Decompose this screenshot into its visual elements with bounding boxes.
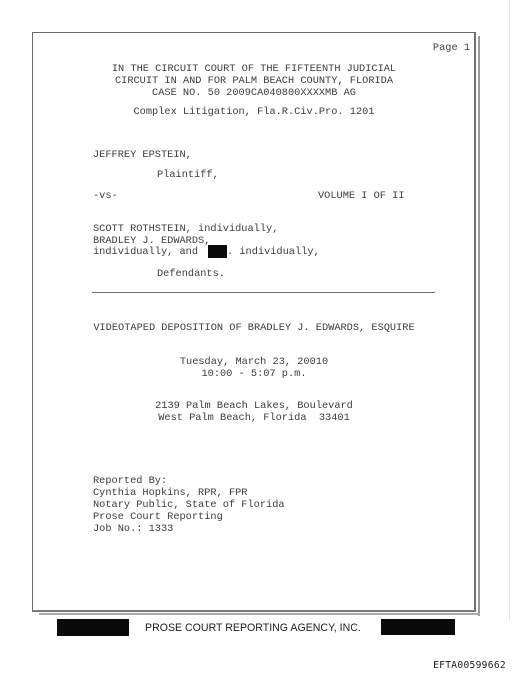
reporter-agency: Prose Court Reporting	[93, 511, 223, 523]
defendant-line-3-prefix: individually, and	[93, 246, 204, 258]
scan-page-edge	[509, 0, 510, 620]
footer-agency-name: PROSE COURT REPORTING AGENCY, INC.	[145, 621, 361, 635]
reported-by-heading: Reported By:	[93, 475, 167, 487]
frame-shadow-bottom	[39, 613, 480, 615]
defendant-line-1: SCOTT ROTHSTEIN, individually,	[93, 223, 278, 235]
caption-divider-rule	[92, 292, 435, 293]
redaction-box-footer-right	[381, 619, 455, 635]
court-heading-line-1: IN THE CIRCUIT COURT OF THE FIFTEENTH JU…	[32, 63, 476, 75]
versus-label: -vs-	[93, 190, 118, 202]
reporter-title: Notary Public, State of Florida	[93, 499, 285, 511]
reporter-name: Cynthia Hopkins, RPR, FPR	[93, 487, 247, 499]
bates-number: EFTA00599662	[433, 660, 506, 672]
court-heading-line-2: CIRCUIT IN AND FOR PALM BEACH COUNTY, FL…	[32, 75, 476, 87]
defendant-label: Defendants.	[157, 268, 225, 280]
volume-label: VOLUME I OF II	[318, 190, 405, 202]
redaction-box-defendant	[208, 245, 227, 258]
address-line-1: 2139 Palm Beach Lakes, Boulevard	[32, 400, 476, 412]
plaintiff-label: Plaintiff,	[157, 169, 219, 181]
job-number: Job No.: 1333	[93, 523, 173, 535]
frame-shadow-right	[478, 36, 480, 616]
deposition-time: 10:00 - 5:07 p.m.	[32, 368, 476, 380]
deposition-title: VIDEOTAPED DEPOSITION OF BRADLEY J. EDWA…	[32, 322, 476, 334]
defendant-line-3-suffix: . individually,	[227, 246, 320, 258]
deposition-date: Tuesday, March 23, 20010	[32, 356, 476, 368]
page-number: Page 1	[433, 42, 470, 54]
litigation-type: Complex Litigation, Fla.R.Civ.Pro. 1201	[32, 106, 476, 118]
case-number: CASE NO. 50 2009CA040800XXXXMB AG	[32, 87, 476, 99]
redaction-box-footer-left	[57, 619, 129, 636]
address-line-2: West Palm Beach, Florida 33401	[32, 412, 476, 424]
plaintiff-name: JEFFREY EPSTEIN,	[93, 149, 192, 161]
